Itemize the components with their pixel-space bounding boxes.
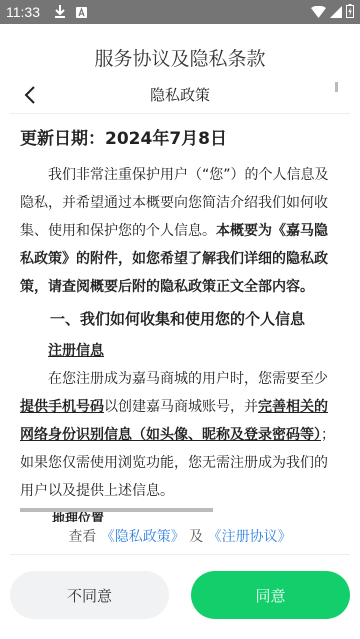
privacy-policy-link[interactable]: 《隐私政策》 (101, 529, 185, 545)
nav-title: 隐私政策 (10, 84, 350, 105)
nav-bar: 隐私政策 (10, 76, 350, 114)
register-text-1: 在您注册成为嘉马商城的用户时，您需要至少 (48, 371, 328, 387)
register-agreement-link[interactable]: 《注册协议》 (208, 529, 292, 545)
register-underline-1: 提供手机号码 (20, 399, 104, 415)
divider (10, 554, 350, 555)
disagree-button[interactable]: 不同意 (10, 571, 169, 619)
wifi-icon (311, 3, 326, 22)
status-bar: 11:33 (0, 0, 360, 24)
intro-paragraph: 我们非常注重保护用户（“您”）的个人信息及隐私，并希望通过本概要向您简洁介绍我们… (20, 161, 336, 301)
dialog-title: 服务协议及隐私条款 (0, 44, 360, 71)
signal-icon (330, 3, 342, 22)
horizontal-scrollbar[interactable] (20, 508, 213, 512)
status-right-icons (311, 3, 354, 22)
vertical-scrollbar[interactable] (335, 82, 338, 92)
status-time: 11:33 (6, 4, 40, 20)
links-and: 及 (189, 529, 203, 545)
download-icon (54, 3, 66, 22)
update-date: 更新日期：2024年7月8日 (20, 127, 336, 151)
links-prefix: 查看 (68, 529, 96, 545)
policy-content[interactable]: 更新日期：2024年7月8日 我们非常注重保护用户（“您”）的个人信息及隐私，并… (20, 115, 336, 550)
a-notification-icon (76, 3, 87, 22)
battery-charging-icon (346, 3, 354, 22)
subsection-register-title: 注册信息 (48, 337, 336, 365)
policy-links: 查看 《隐私政策》 及 《注册协议》 (0, 526, 360, 546)
subsection-location-title: 地理位置 (52, 512, 104, 522)
section-1-title: 一、我们如何收集和使用您的个人信息 (20, 305, 336, 333)
register-text-2: 以创建嘉马商城账号，并 (104, 399, 258, 415)
register-paragraph: 在您注册成为嘉马商城的用户时，您需要至少提供手机号码以创建嘉马商城账号，并完善相… (20, 365, 336, 505)
agree-button[interactable]: 同意 (191, 571, 350, 619)
